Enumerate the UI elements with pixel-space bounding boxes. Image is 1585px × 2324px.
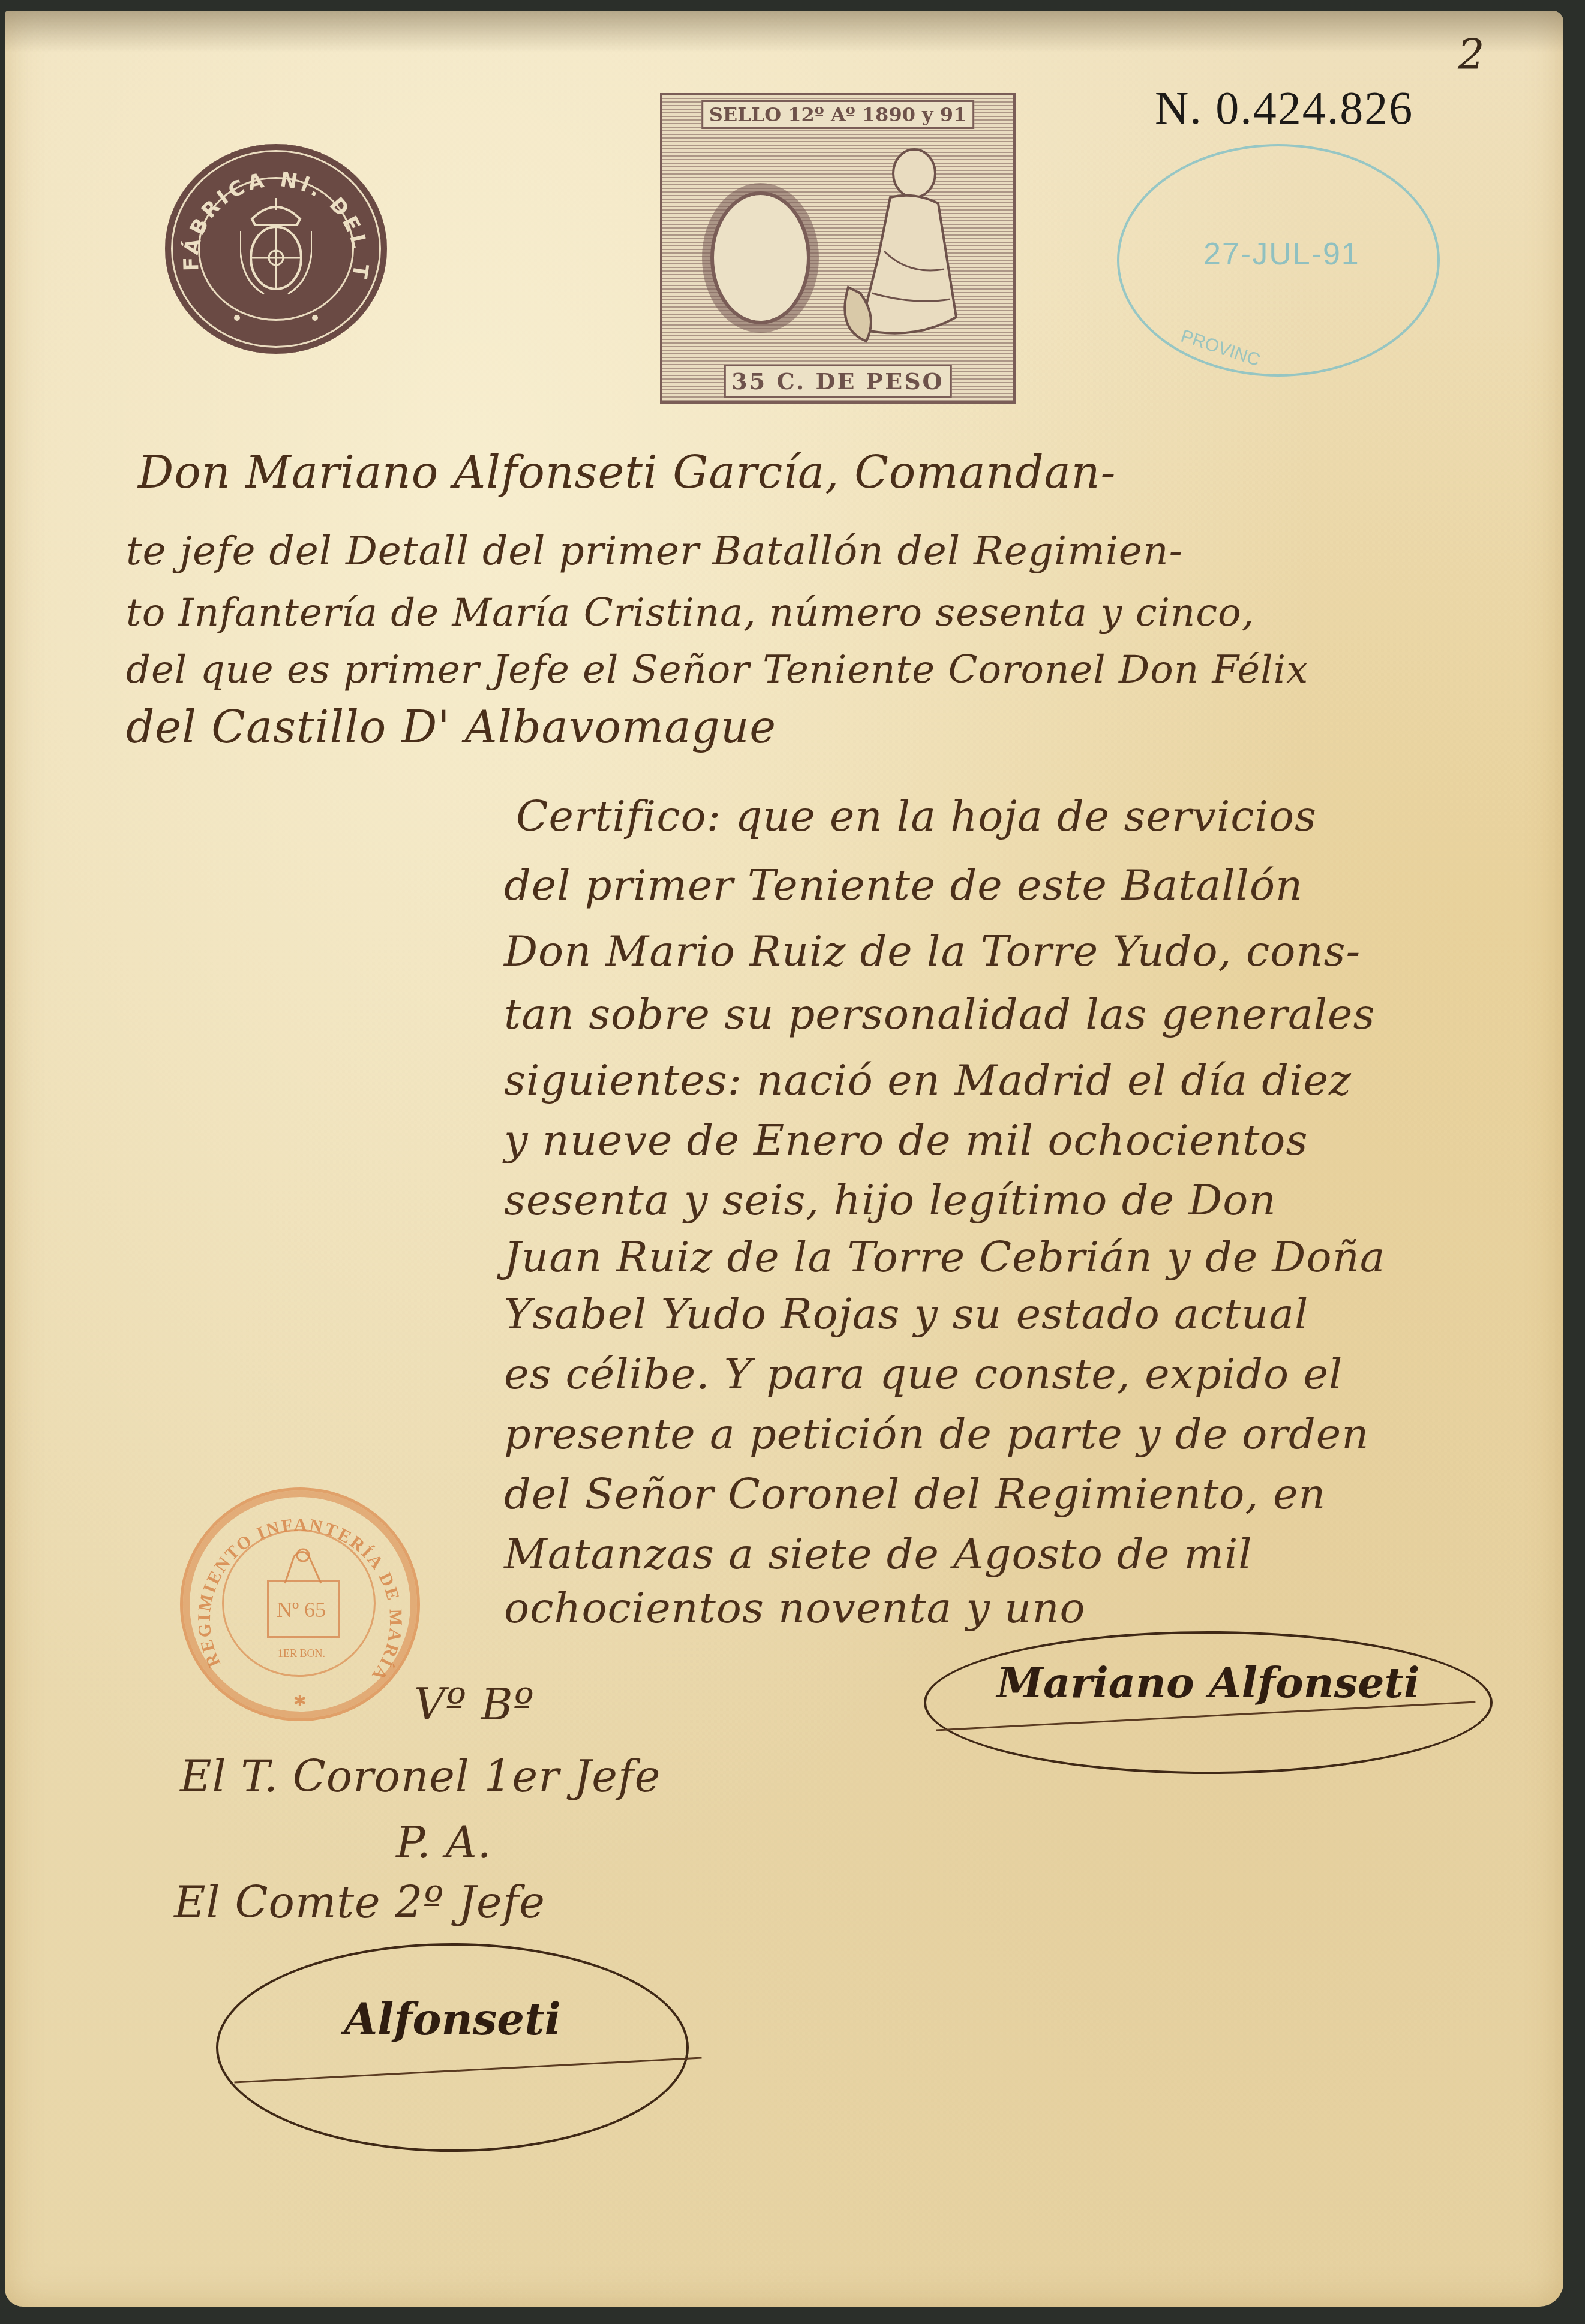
- body-line: Juan Ruiz de la Torre Cebrián y de Doña: [504, 1232, 1385, 1282]
- visto-line: Vº Bº: [414, 1679, 535, 1730]
- visto-line: P. A.: [396, 1817, 492, 1868]
- visto-line: El Comte 2º Jefe: [174, 1877, 545, 1928]
- body-line: Ysabel Yudo Rojas y su estado actual: [504, 1289, 1308, 1339]
- body-line: del primer Teniente de este Batallón: [504, 861, 1303, 910]
- royal-coat-of-arms-icon: [240, 195, 312, 297]
- body-line: es célibe. Y para que conste, expido el: [504, 1349, 1343, 1399]
- svg-text:✱: ✱: [293, 1692, 307, 1710]
- body-line: siguientes: nació en Madrid el día diez: [504, 1056, 1352, 1105]
- body-line: ochocientos noventa y uno: [504, 1583, 1086, 1632]
- allegorical-seated-figure-icon: [824, 137, 974, 353]
- signature-second: Alfonseti: [216, 1943, 689, 2152]
- stamp-oval-frame: [710, 191, 810, 324]
- date-stamp-date: 27-JUL-91: [1203, 236, 1360, 272]
- stamp-year-label: SELLO 12º Aº 1890 y 91: [701, 100, 975, 129]
- serial-number: N. 0.424.826: [1155, 81, 1413, 135]
- body-line: Don Mario Ruiz de la Torre Yudo, cons-: [504, 927, 1361, 976]
- embossed-seal: FÁBRICA Nl. DEL TIMBRE: [165, 144, 387, 354]
- page-number: 2: [1458, 30, 1485, 79]
- body-line: tan sobre su personalidad las generales: [504, 990, 1375, 1039]
- visto-line: El T. Coronel 1er Jefe: [180, 1751, 661, 1802]
- regiment-battalion: 1ER BON.: [267, 1647, 336, 1660]
- body-line: Certifico: que en la hoja de servicios: [516, 792, 1317, 841]
- signature-main: Mariano Alfonseti: [924, 1631, 1493, 1774]
- preamble-line: del que es primer Jefe el Señor Teniente…: [126, 648, 1308, 692]
- body-line: presente a petición de parte y de orden: [504, 1409, 1369, 1459]
- date-stamp: 27-JUL-91 PROVINC: [1117, 144, 1440, 377]
- fiscal-stamp: SELLO 12º Aº 1890 y 91 35 C. DE PESO: [660, 93, 1016, 404]
- preamble-line: te jefe del Detall del primer Batallón d…: [126, 528, 1183, 574]
- preamble-line: to Infantería de María Cristina, número …: [126, 591, 1254, 635]
- body-line: sesenta y seis, hijo legítimo de Don: [504, 1175, 1277, 1225]
- preamble-line: del Castillo D' Albavomague: [126, 702, 776, 753]
- regiment-seal: REGIMIENTO INFANTERÍA DE MARÍA CRISTINA …: [180, 1487, 420, 1721]
- body-line: Matanzas a siete de Agosto de mil: [504, 1529, 1253, 1579]
- stamp-value-label: 35 C. DE PESO: [724, 365, 951, 398]
- regiment-number: Nº 65: [268, 1597, 334, 1622]
- body-line: del Señor Coronel del Regimiento, en: [504, 1469, 1326, 1519]
- preamble-line: Don Mariano Alfonseti García, Comandan-: [138, 447, 1116, 498]
- body-line: y nueve de Enero de mil ochocientos: [504, 1116, 1308, 1165]
